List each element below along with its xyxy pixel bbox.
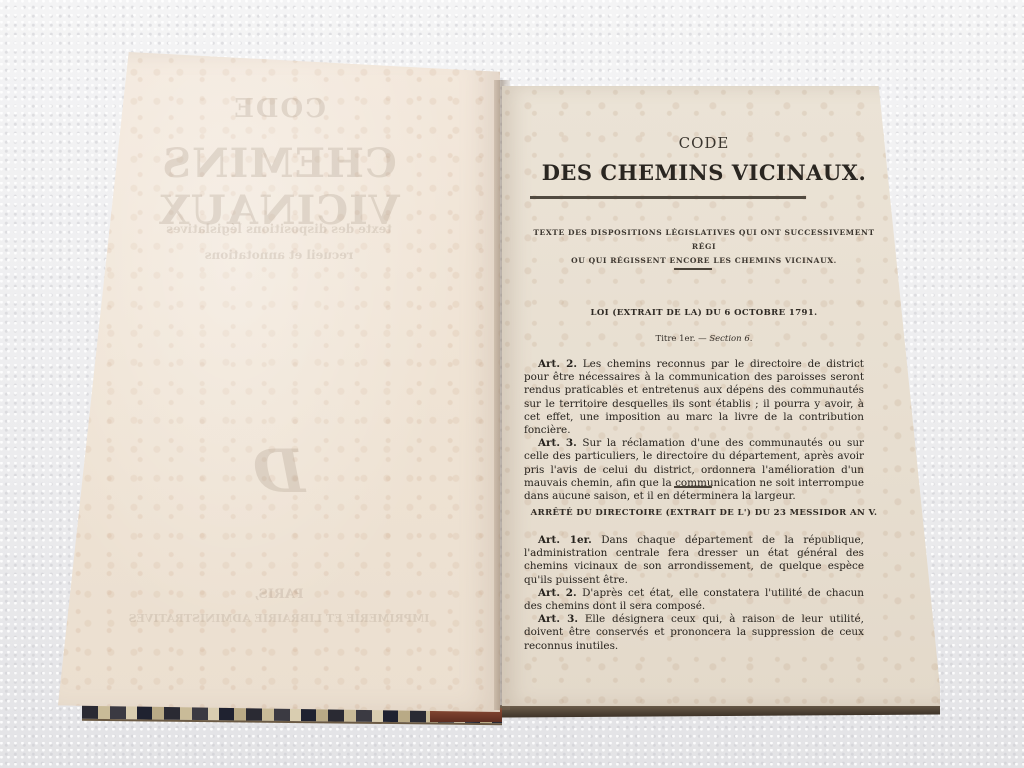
bleed-through-line: texte des dispositions législatives bbox=[58, 222, 500, 236]
article: Art. 2. Les chemins reconnus par le dire… bbox=[524, 358, 864, 437]
titre-line: Titre 1er. — Section 6. bbox=[524, 334, 884, 344]
section-divider bbox=[674, 268, 712, 270]
code-heading: CODE bbox=[524, 134, 884, 152]
article-label: Art. 1er. bbox=[538, 534, 592, 546]
article-label: Art. 3. bbox=[538, 613, 578, 625]
article: Art. 3. Elle désignera ceux qui, à raiso… bbox=[524, 613, 864, 653]
section1-articles: Art. 2. Les chemins reconnus par le dire… bbox=[524, 358, 864, 503]
right-page: CODE DES CHEMINS VICINAUX. Texte des dis… bbox=[502, 86, 940, 706]
titre-label: Titre 1er. — bbox=[656, 334, 707, 344]
article: Art. 2. D'après cet état, elle constater… bbox=[524, 587, 864, 613]
section-label: Section 6. bbox=[709, 334, 752, 344]
section-heading: LOI (EXTRAIT DE LA) DU 6 OCTOBRE 1791. bbox=[524, 308, 884, 318]
article-label: Art. 3. bbox=[538, 437, 577, 449]
article-label: Art. 2. bbox=[538, 358, 577, 370]
bleed-through-title: CHEMINS VICINAUX bbox=[58, 140, 500, 234]
section-heading: ARRÊTÉ DU DIRECTOIRE (EXTRAIT DE L') DU … bbox=[524, 508, 884, 518]
bleed-through-imprint: IMPRIMERIE ET LIBRAIRIE ADMINISTRATIVES bbox=[58, 612, 500, 625]
subtitle-line: ou qui régissent encore les chemins vici… bbox=[524, 254, 884, 268]
bleed-through-line: recueil et annotations bbox=[58, 248, 500, 262]
article: Art. 1er. Dans chaque département de la … bbox=[524, 534, 864, 587]
title-divider bbox=[530, 196, 806, 199]
article: Art. 3. Sur la réclamation d'une des com… bbox=[524, 437, 864, 503]
section-divider bbox=[674, 486, 712, 488]
bleed-through-monogram: D bbox=[58, 437, 500, 507]
bleed-through-code: CODE bbox=[58, 94, 500, 124]
subtitle-line: Texte des dispositions législatives qui … bbox=[524, 226, 884, 254]
page-title: DES CHEMINS VICINAUX. bbox=[524, 160, 884, 185]
subtitle: Texte des dispositions législatives qui … bbox=[524, 226, 884, 268]
article-label: Art. 2. bbox=[538, 587, 577, 599]
photo-scene: CODE CHEMINS VICINAUX texte des disposit… bbox=[0, 0, 1024, 768]
bleed-through-imprint: PARIS, bbox=[58, 587, 500, 602]
section2-articles: Art. 1er. Dans chaque département de la … bbox=[524, 534, 864, 653]
left-page: CODE CHEMINS VICINAUX texte des disposit… bbox=[58, 52, 500, 712]
